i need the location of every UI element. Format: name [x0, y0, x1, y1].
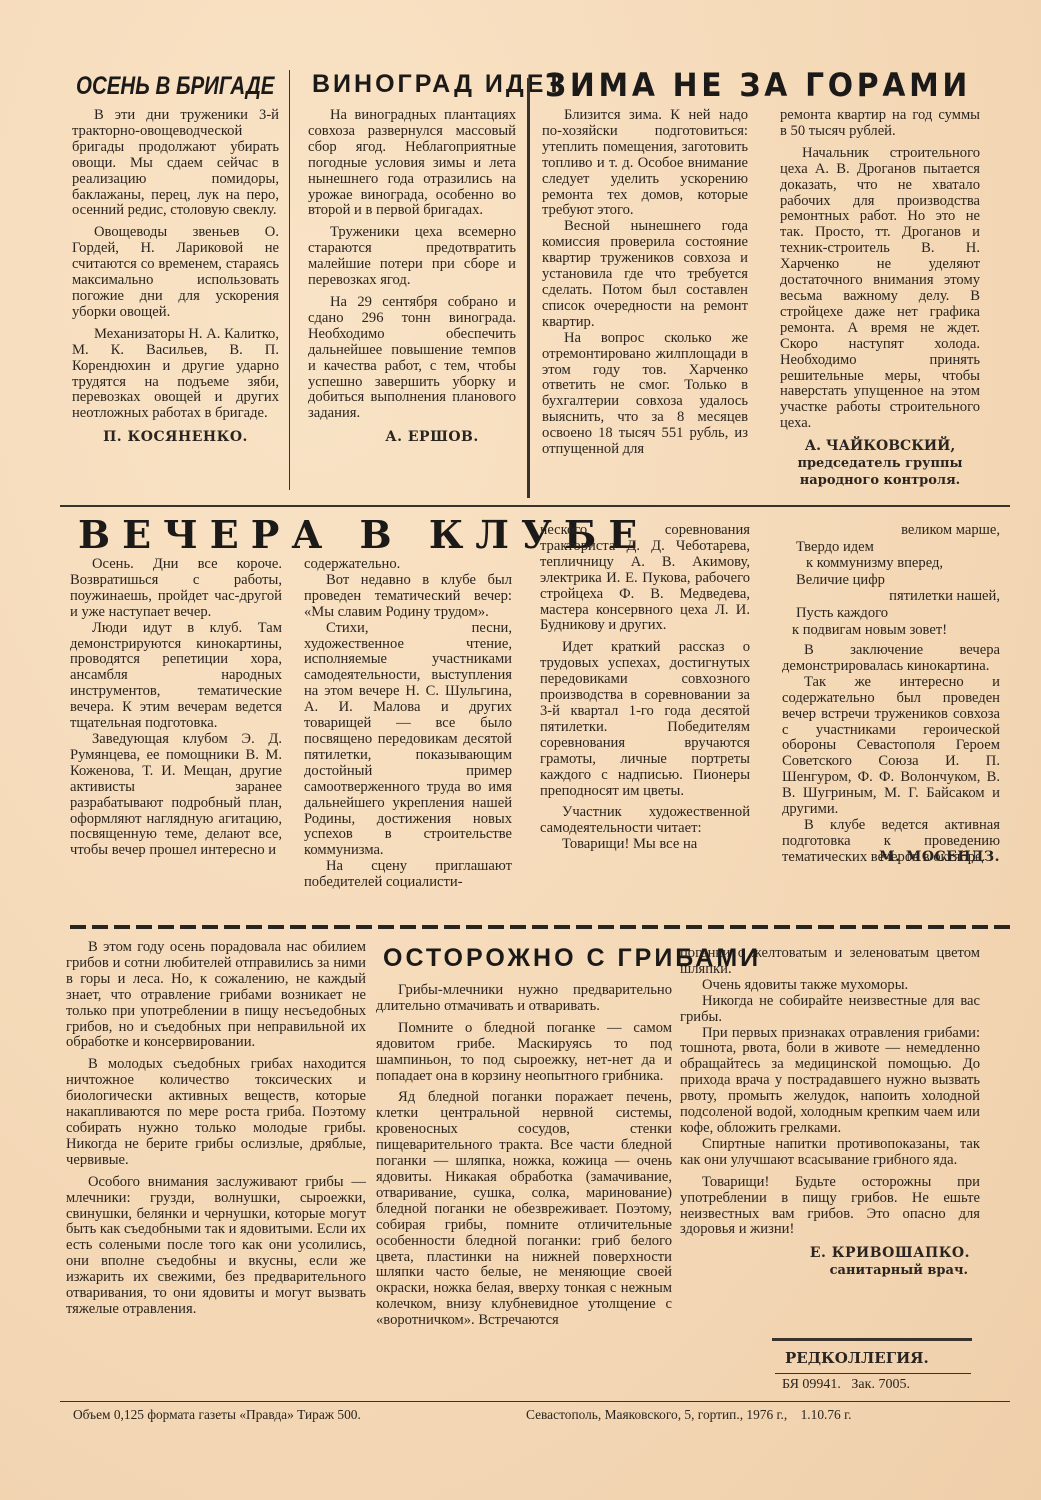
paragraph: содержательно. — [304, 557, 512, 573]
article-body-vechera-col1: Осень. Дни все короче. Возвратишься с ра… — [70, 557, 282, 859]
article-title-osen: ОСЕНЬ В БРИГАДЕ — [76, 72, 274, 101]
poem-line: Пусть каждого — [788, 605, 1000, 622]
paragraph: Товарищи! Будьте осторожны при употребле… — [680, 1175, 980, 1239]
section-divider-dashed — [70, 925, 1010, 929]
editorial-rule — [772, 1338, 972, 1341]
paragraph: поганки с желтоватым и зеленоватым цвето… — [680, 946, 980, 978]
paragraph: Участник художественной самодеятельности… — [540, 805, 750, 837]
paragraph: Весной нынешнего года комиссия проверила… — [542, 219, 748, 330]
poem-line: Твердо идем — [788, 539, 1000, 556]
footer-printer: Севастополь, Маяковского, 5, гортип., 19… — [526, 1407, 851, 1423]
paragraph: Спиртные напитки противопоказаны, так ка… — [680, 1137, 980, 1169]
paragraph: Вот недавно в клубе был проведен тематич… — [304, 573, 512, 621]
paragraph: Люди идут в клуб. Там демонстрируются ки… — [70, 621, 282, 732]
poem-line: Величие цифр — [788, 572, 1000, 589]
article-body-zima-col2: ремонта квартир на год суммы в 50 тысяч … — [780, 108, 980, 489]
paragraph: В этом году осень порадовала нас обилием… — [66, 940, 366, 1051]
paragraph: Очень ядовиты также мухоморы. — [680, 978, 980, 994]
paragraph: Механизаторы Н. А. Калитко, М. К. Василь… — [72, 327, 279, 422]
paragraph: ремонта квартир на год суммы в 50 тысяч … — [780, 108, 980, 140]
paragraph: Помните о бледной поганке — самом ядовит… — [376, 1021, 672, 1085]
paragraph: Стихи, песни, художественное чтение, исп… — [304, 621, 512, 860]
editorial-codes: БЯ 09941. Зак. 7005. — [782, 1377, 910, 1393]
paragraph: Яд бледной поганки поражает печень, клет… — [376, 1090, 672, 1329]
paragraph: На 29 сентября собрано и сдано 296 тонн … — [308, 295, 516, 422]
paragraph: Никогда не собирайте неизвестные для вас… — [680, 994, 980, 1026]
article-body-zima-col1: Близится зима. К ней надо по-хозяйски по… — [542, 108, 748, 458]
author-signature: А. ЧАЙКОВСКИЙ, — [780, 438, 980, 455]
poem: великом марше, Твердо идем к коммунизму … — [788, 522, 1000, 638]
article-body-vechera-col3: ческого соревнования тракториста Д. Д. Ч… — [540, 523, 750, 853]
section-divider — [60, 505, 1010, 507]
author-role: санитарный врач. — [680, 1262, 980, 1279]
article-body-griby-col1: В этом году осень порадовала нас обилием… — [66, 940, 366, 1318]
paragraph: В молодых съедобных грибах находится нич… — [66, 1057, 366, 1168]
paragraph: На вопрос сколько же отремонтировано жил… — [542, 331, 748, 458]
paragraph: Идет краткий рассказ о трудовых успехах,… — [540, 640, 750, 799]
paragraph: При первых признаках отравления грибами:… — [680, 1026, 980, 1137]
paragraph: Грибы-млечники нужно предварительно длит… — [376, 983, 672, 1015]
author-role: народного контроля. — [780, 472, 980, 489]
poem-line: к коммунизму вперед, — [788, 555, 1000, 572]
paragraph: ческого соревнования тракториста Д. Д. Ч… — [540, 523, 750, 634]
footer-rule — [60, 1401, 1010, 1402]
paragraph: В заключение вечера демонстрировалась ки… — [782, 643, 1000, 675]
newspaper-page: ОСЕНЬ В БРИГАДЕ В эти дни труженики 3-й … — [0, 0, 1041, 1500]
column-divider — [527, 78, 530, 498]
paragraph: Овощеводы звеньев О. Гордей, Н. Лариково… — [72, 225, 279, 320]
paragraph: Труженики цеха всемерно стараются предот… — [308, 225, 516, 289]
paragraph: Осень. Дни все короче. Возвратишься с ра… — [70, 557, 282, 621]
paragraph: Близится зима. К ней надо по-хозяйски по… — [542, 108, 748, 219]
poem-line: великом марше, — [788, 522, 1000, 539]
article-body-griby-col2: Грибы-млечники нужно предварительно длит… — [376, 983, 672, 1329]
paragraph: Начальник строительного цеха А. В. Дрога… — [780, 146, 980, 432]
author-role: председатель группы — [780, 455, 980, 472]
article-body-vechera-col2: содержательно. Вот недавно в клубе был п… — [304, 557, 512, 891]
paragraph: Заведующая клубом Э. Д. Румянцева, ее по… — [70, 732, 282, 859]
author-signature: П. КОСЯНЕНКО. — [72, 430, 279, 446]
editorial-label: РЕДКОЛЛЕГИЯ. — [785, 1349, 929, 1367]
article-body-osen: В эти дни труженики 3-й тракторно-овощев… — [72, 108, 279, 446]
author-signature: Е. КРИВОШАПКО. — [680, 1246, 980, 1262]
article-body-griby-col3: поганки с желтоватым и зеленоватым цвето… — [680, 946, 980, 1279]
poem-line: пятилетки нашей, — [788, 588, 1000, 605]
editorial-rule — [775, 1373, 971, 1374]
author-signature: А. ЕРШОВ. — [308, 430, 516, 446]
article-body-vinograd: На виноградных плантациях совхоза развер… — [308, 108, 516, 446]
paragraph: На сцену приглашают победителей социалис… — [304, 859, 512, 891]
footer-imprint: Объем 0,125 формата газеты «Правда» Тира… — [73, 1407, 361, 1423]
paragraph: В эти дни труженики 3-й тракторно-овощев… — [72, 108, 279, 219]
article-title-zima: ЗИМА НЕ ЗА ГОРАМИ — [545, 66, 971, 104]
paragraph: Особого внимания заслуживают грибы — мле… — [66, 1175, 366, 1318]
column-divider — [289, 70, 290, 490]
paragraph: Товарищи! Мы все на — [540, 837, 750, 853]
paragraph: На виноградных плантациях совхоза развер… — [308, 108, 516, 219]
paragraph: Так же интересно и содержательно был про… — [782, 675, 1000, 818]
poem-line: к подвигам новым зовет! — [788, 622, 1000, 639]
article-body-vechera-col4: В заключение вечера демонстрировалась ки… — [782, 643, 1000, 866]
